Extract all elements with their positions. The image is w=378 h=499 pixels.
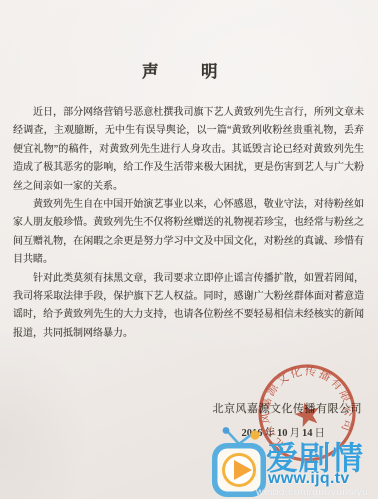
body-line: 间互赠礼物，在闲暇之余更是努力学习中文及中国文化，对粉丝的真诚、珍惜有 [13, 233, 364, 251]
body-line: 报道，共同抵制网络暴力。 [13, 325, 364, 343]
paragraph-3: 针对此类莫须有抹黑文章，我司要求立即停止谣言传播扩散，如置若罔闻， 我司将采取法… [13, 270, 364, 344]
statement-document-photo: 声 明 近日，部分网络营销号恶意杜撰我司旗下艺人黄致列先生言行，所列文章未 经调… [0, 0, 378, 499]
paragraph-1: 近日，部分网络营销号恶意杜撰我司旗下艺人黄致列先生言行，所列文章未 经调查，主观… [13, 104, 364, 196]
body-line: 造成了极其恶劣的影响，给工作及生活带来极大困扰，更是伤害到艺人与广大粉 [13, 159, 364, 177]
title-char-right: 明 [201, 58, 218, 82]
title-char-left: 声 [142, 58, 159, 82]
body-line: 经调查，主观臆断，无中生有误导舆论，以一篇“黄致列收粉丝贵重礼物，丢弃 [13, 122, 364, 140]
body-line: 针对此类莫须有抹黑文章，我司要求立即停止谣言传播扩散，如置若罔闻， [13, 270, 364, 288]
company-seal-stamp: 北京风嘉源文化传播有限公司 [245, 351, 369, 475]
statement-title: 声 明 [0, 58, 369, 82]
statement-body: 近日，部分网络营销号恶意杜撰我司旗下艺人黄致列先生言行，所列文章未 经调查，主观… [13, 104, 364, 343]
watermark-site-url: www.ijq.tv [268, 470, 350, 487]
body-line: 便宜礼物”的稿件，对黄致列先生进行人身攻击。其诋毁言论已经对黄致列先生 [13, 141, 364, 159]
paragraph-2: 黄致列先生自在中国开始演艺事业以来，心怀感恩，敬业守法，对待粉丝如 家人朋友般珍… [13, 196, 364, 270]
watermark-weibo-url: weibo.com/guoyunsiyu [256, 487, 368, 498]
body-line: 丝之间亲如一家的关系。 [13, 178, 364, 196]
seal-star-icon [292, 399, 322, 428]
body-line: 家人朋友般珍惜。黄致列先生不仅将粉丝赠送的礼物视若珍宝，也经常与粉丝之 [13, 214, 364, 232]
body-line: 谣时，给予黄致列先生的大力支持，也请各位粉丝不要轻易相信未经核实的新闻 [13, 306, 364, 324]
body-line: 我司将采取法律手段，保护旗下艺人权益。同时，感谢广大粉丝群体面对蓄意造 [13, 288, 364, 306]
body-line: 目共睹。 [13, 251, 364, 269]
body-line: 黄致列先生自在中国开始演艺事业以来，心怀感恩，敬业守法，对待粉丝如 [13, 196, 364, 214]
body-line: 近日，部分网络营销号恶意杜撰我司旗下艺人黄致列先生言行，所列文章未 [13, 104, 364, 122]
